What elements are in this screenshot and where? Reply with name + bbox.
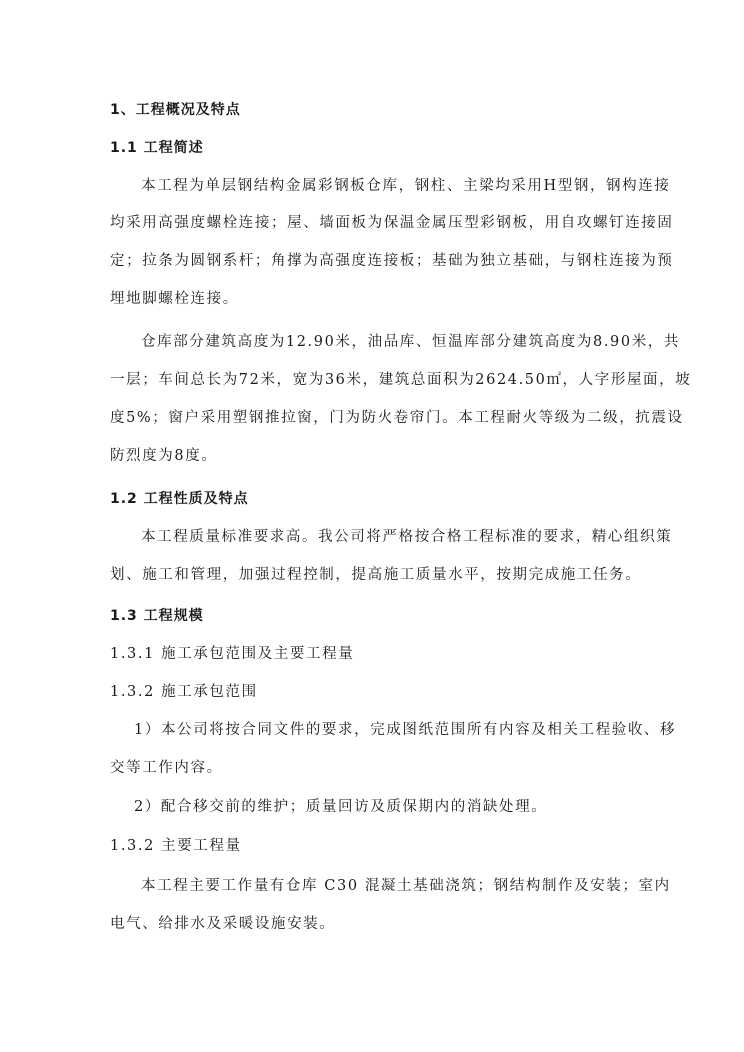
section-1-1-title: 1.1 工程简述 bbox=[110, 138, 634, 158]
section-1-2-title: 1.2 工程性质及特点 bbox=[110, 489, 634, 509]
paragraph-line: 定；拉条为圆钢系杆；角撑为高强度连接板；基础为独立基础，与钢柱连接为预 bbox=[110, 251, 634, 271]
subsection-1-3-2-title: 1.3.2 施工承包范围 bbox=[110, 682, 634, 702]
subsection-1-3-1-title: 1.3.1 施工承包范围及主要工程量 bbox=[110, 644, 634, 664]
section-1-3-title: 1.3 工程规模 bbox=[110, 606, 634, 626]
paragraph-line: 本工程主要工作量有仓库 C30 混凝土基础浇筑；钢结构制作及安装；室内 bbox=[141, 876, 634, 896]
paragraph-line: 均采用高强度螺栓连接；屋、墙面板为保温金属压型彩钢板，用自攻螺钉连接固 bbox=[110, 213, 634, 233]
heading-1: 1、工程概况及特点 bbox=[110, 100, 634, 120]
paragraph-line: 电气、给排水及采暖设施安装。 bbox=[110, 914, 634, 934]
paragraph-line: 本工程质量标准要求高。我公司将严格按合格工程标准的要求，精心组织策 bbox=[141, 527, 634, 547]
document-page: 1、工程概况及特点 1.1 工程简述 本工程为单层钢结构金属彩钢板仓库，钢柱、主… bbox=[0, 0, 744, 1052]
paragraph-line: 仓库部分建筑高度为12.90米，油品库、恒温库部分建筑高度为8.90米，共 bbox=[141, 332, 634, 352]
list-item-1: 1）本公司将按合同文件的要求，完成图纸范围所有内容及相关工程验收、移 bbox=[134, 720, 658, 740]
paragraph-line: 本工程为单层钢结构金属彩钢板仓库，钢柱、主梁均采用H型钢，钢构连接 bbox=[141, 176, 634, 196]
list-item-2: 2）配合移交前的维护；质量回访及质保期内的消缺处理。 bbox=[134, 797, 658, 817]
paragraph-line: 一层；车间总长为72米，宽为36米，建筑总面积为2624.50㎡，人字形屋面，坡 bbox=[110, 370, 634, 390]
paragraph-line: 度5%；窗户采用塑钢推拉窗，门为防火卷帘门。本工程耐火等级为二级，抗震设 bbox=[110, 408, 634, 428]
paragraph-line: 防烈度为8度。 bbox=[110, 446, 634, 466]
paragraph-line: 埋地脚螺栓连接。 bbox=[110, 289, 634, 309]
list-item-1-cont: 交等工作内容。 bbox=[110, 758, 634, 778]
paragraph-line: 划、施工和管理，加强过程控制，提高施工质量水平，按期完成施工任务。 bbox=[110, 565, 634, 585]
subsection-main-quantities-title: 1.3.2 主要工程量 bbox=[110, 836, 634, 856]
